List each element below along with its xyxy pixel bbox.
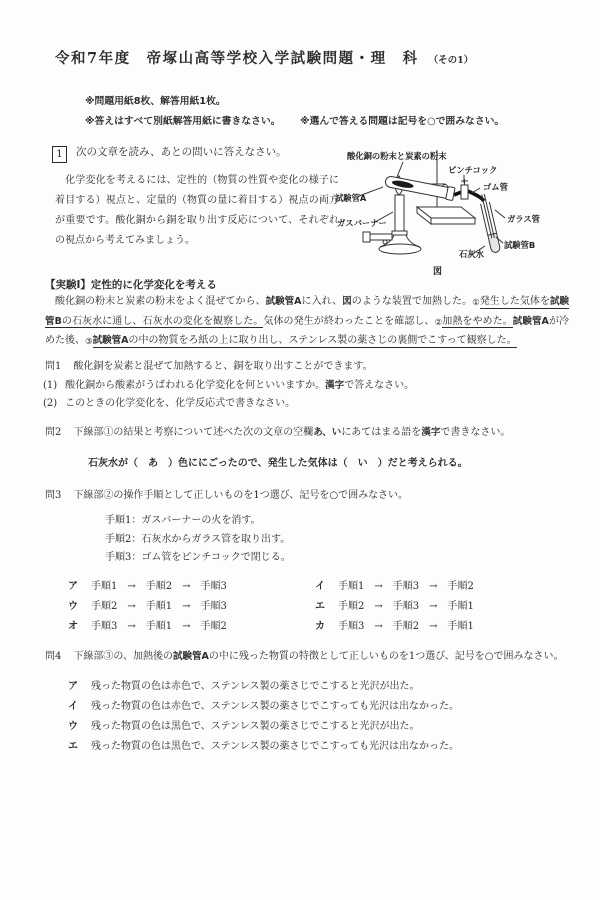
- page-title-part: （その1）: [429, 55, 474, 66]
- label-limewater: 石灰水: [458, 249, 485, 259]
- underline-mark-3: ③: [85, 337, 93, 347]
- sub-1-text: で答えなさい。: [344, 380, 414, 391]
- exam-page: 令和7年度 帝塚山高等学校入学試験問題・理 科（その1） ※問題用紙8枚、解答用…: [0, 0, 600, 900]
- exp-seg-figure-ref: 図: [342, 296, 352, 307]
- q4-option-e: エ残った物質の色は黒色で、ステンレス製の薬さじでこすっても光沢は出なかった。: [68, 737, 459, 752]
- question-4-text: 下線部③の、加熱後の: [73, 651, 173, 662]
- option-key: ア: [68, 681, 78, 692]
- experiment-heading: 【実験Ⅰ】定性的に化学変化を考える: [45, 277, 217, 292]
- option-text: 残った物質の色は赤色で、ステンレス製の薬さじでこすっても光沢は出なかった。: [91, 701, 459, 712]
- option-key: エ: [68, 741, 78, 752]
- procedure-steps: 手順1：ガスバーナーの火を消す。 手順2：石灰水からガラス管を取り出す。 手順3…: [105, 512, 291, 568]
- sub-1-bold-kanji: 漢字: [325, 380, 344, 391]
- sub-2-text: このときの化学変化を、化学反応式で書きなさい。: [65, 398, 295, 409]
- option-text: 手順1 → 手順3 → 手順2: [338, 581, 474, 592]
- q3-option-i: イ手順1 → 手順3 → 手順2: [315, 577, 474, 592]
- option-key: イ: [315, 581, 325, 592]
- fill-in-sentence: 石灰水が（ あ ）色ににごったので、発生した気体は（ い ）だと考えられる。: [88, 454, 468, 469]
- sub-1-number: (1): [43, 380, 57, 391]
- note-line-1: ※問題用紙8枚、解答用紙1枚。: [85, 93, 226, 107]
- q3-option-a: ア手順1 → 手順2 → 手順3: [68, 577, 227, 592]
- q3-option-o: オ手順3 → 手順1 → 手順2: [68, 617, 227, 632]
- question-3-text: 下線部②の操作手順として正しいものを1つ選び、記号を○で囲みなさい。: [73, 490, 408, 501]
- question-2-text: にあてはまる語を: [341, 427, 421, 438]
- rubber-tube: [454, 191, 484, 201]
- question-2-text: で書きなさい。: [440, 427, 510, 438]
- option-key: ウ: [68, 601, 78, 612]
- exp-underlined-1: の石灰水に通し、石灰水の変化を観察した。: [62, 316, 264, 329]
- option-text: 手順3 → 手順2 → 手順1: [338, 621, 474, 632]
- question-3-label: 問3: [45, 490, 61, 501]
- underline-mark-1: ①: [472, 298, 480, 308]
- sub-2-number: (2): [43, 398, 57, 409]
- question-1-text: 酸化銅を炭素と混ぜて加熱すると、銅を取り出すことができます。: [73, 361, 372, 372]
- option-text: 手順3 → 手順1 → 手順2: [91, 621, 227, 632]
- question-1-label: 問1: [45, 361, 61, 372]
- option-text: 残った物質の色は赤色で、ステンレス製の薬さじでこすると光沢が出た。: [91, 681, 420, 692]
- lead-text: 次の文章を読み、あとの問いに答えなさい。: [76, 146, 287, 158]
- question-2-text: 下線部①の結果と考察について述べた次の文章の空欄: [73, 427, 313, 438]
- step-2: 手順2：石灰水からガラス管を取り出す。: [105, 531, 291, 550]
- q3-option-e: エ手順2 → 手順3 → 手順1: [315, 597, 474, 612]
- label-pinchcock: ピンチコック: [448, 165, 497, 175]
- option-key: イ: [68, 701, 78, 712]
- label-rubber-tube: ゴム管: [483, 182, 509, 192]
- exp-underlined-3: の中の物質をろ紙の上に取り出し、ステンレス製の薬さじの裏側でこすって観察した。: [128, 335, 516, 348]
- option-text: 手順2 → 手順1 → 手順3: [91, 601, 227, 612]
- label-glass-tube: ガラス管: [507, 214, 541, 224]
- page-title: 令和7年度 帝塚山高等学校入学試験問題・理 科（その1）: [55, 47, 473, 68]
- question-number-box: 1: [52, 146, 67, 163]
- exp-underlined-1: 発生した気体を: [480, 296, 550, 309]
- option-text: 残った物質の色は黒色で、ステンレス製の薬さじでこすると光沢が出た。: [91, 721, 420, 732]
- note-line-2b: ※選んで答える問題は記号を○で囲みなさい。: [300, 113, 504, 127]
- exp-underlined-2: 加熱をやめた。: [442, 316, 513, 329]
- question-1-sub-1: (1)酸化銅から酸素がうばわれる化学変化を何といいますか。漢字で答えなさい。: [43, 376, 414, 391]
- exp-seg: のような装置で加熱した。: [352, 296, 472, 307]
- question-1-sub-2: (2)このときの化学変化を、化学反応式で書きなさい。: [43, 394, 295, 409]
- experiment-paragraph: 酸化銅の粉末と炭素の粉末をよく混ぜてから、試験管Aに入れ、図のような装置で加熱し…: [45, 293, 569, 352]
- option-key: ア: [68, 581, 78, 592]
- note-line-2a: ※答えはすべて別紙解答用紙に書きなさい。: [85, 113, 280, 127]
- q3-option-u: ウ手順2 → 手順1 → 手順3: [68, 597, 227, 612]
- label-powder: 酸化銅の粉末と炭素の粉末: [347, 151, 447, 161]
- question-2: 問2下線部①の結果と考察について述べた次の文章の空欄あ、いにあてはまる語を漢字で…: [45, 423, 510, 438]
- q4-option-u: ウ残った物質の色は黒色で、ステンレス製の薬さじでこすると光沢が出た。: [68, 717, 420, 732]
- intro-paragraph: 化学変化を考えるには、定性的（物質の性質や変化の様子に着目する）視点と、定量的（…: [55, 171, 339, 251]
- label-burner: ガスバーナー: [337, 218, 387, 228]
- exp-seg: 気体の発生が終わったことを確認し、: [263, 316, 434, 327]
- label-tube-a: 試験管A: [335, 193, 367, 203]
- question-2-bold-blanks: あ、い: [313, 427, 341, 438]
- page-title-text: 令和7年度 帝塚山高等学校入学試験問題・理 科: [55, 50, 419, 67]
- q4-option-a: ア残った物質の色は赤色で、ステンレス製の薬さじでこすると光沢が出た。: [68, 677, 420, 692]
- exp-seg: に入れ、: [302, 296, 343, 307]
- q3-option-ka: カ手順3 → 手順2 → 手順1: [315, 617, 474, 632]
- question-4-label: 問4: [45, 651, 61, 662]
- exp-seg: 酸化銅の粉末と炭素の粉末をよく混ぜてから、: [45, 296, 266, 307]
- option-text: 残った物質の色は黒色で、ステンレス製の薬さじでこすっても光沢は出なかった。: [91, 741, 459, 752]
- sub-1-text: 酸化銅から酸素がうばわれる化学変化を何といいますか。: [65, 380, 325, 391]
- question-1: 問1酸化銅を炭素と混ぜて加熱すると、銅を取り出すことができます。: [45, 357, 373, 372]
- option-key: ウ: [68, 721, 78, 732]
- option-key: エ: [315, 601, 325, 612]
- option-key: カ: [315, 621, 325, 632]
- question-4: 問4下線部③の、加熱後の試験管Aの中に残った物質の特徴として正しいものを1つ選び…: [45, 647, 564, 662]
- question-2-label: 問2: [45, 427, 61, 438]
- step-1: 手順1：ガスバーナーの火を消す。: [105, 512, 291, 531]
- label-tube-b: 試験管B: [504, 240, 535, 250]
- option-key: オ: [68, 621, 78, 632]
- exp-seg-tube-a: 試験管A: [266, 296, 302, 307]
- big-question-lead: 1次の文章を読み、あとの問いに答えなさい。: [52, 144, 287, 163]
- option-text: 手順2 → 手順3 → 手順1: [338, 601, 474, 612]
- q4-option-i: イ残った物質の色は赤色で、ステンレス製の薬さじでこすっても光沢は出なかった。: [68, 697, 459, 712]
- question-3: 問3下線部②の操作手順として正しいものを1つ選び、記号を○で囲みなさい。: [45, 486, 408, 501]
- figure-caption: 図: [433, 265, 442, 277]
- exp-underlined-3-tube-a: 試験管A: [93, 335, 129, 348]
- exp-seg-tube-a: 試験管A: [513, 316, 549, 327]
- question-2-bold-kanji: 漢字: [421, 427, 440, 438]
- test-tube-b: [479, 193, 501, 253]
- apparatus-figure: 酸化銅の粉末と炭素の粉末 ピンチコック ゴム管 試験管A ガラス管 ガスバーナー…: [333, 146, 578, 278]
- question-4-text: の中に残った物質の特徴として正しいものを1つ選び、記号を○で囲みなさい。: [209, 651, 564, 662]
- question-4-tube-a: 試験管A: [173, 651, 209, 662]
- step-3: 手順3：ゴム管をピンチコックで閉じる。: [105, 549, 291, 568]
- option-text: 手順1 → 手順2 → 手順3: [91, 581, 227, 592]
